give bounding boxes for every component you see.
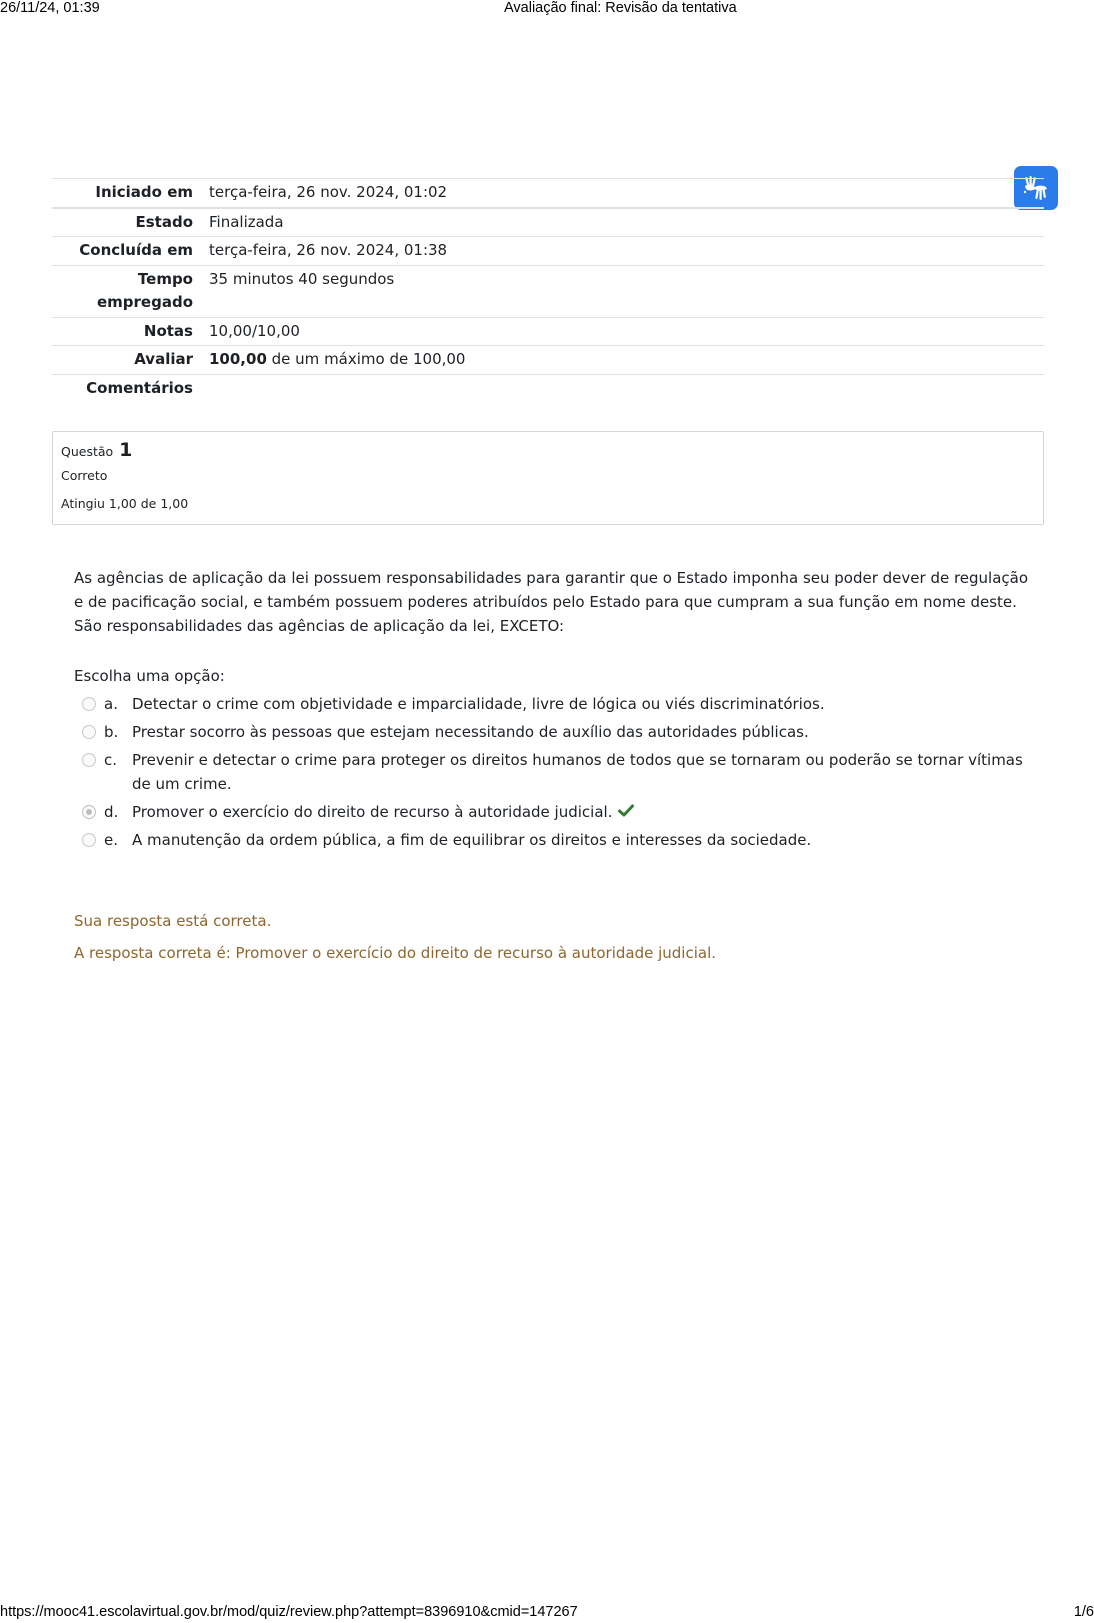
summary-label: Notas <box>52 317 209 346</box>
answer-feedback: Sua resposta está correta. A resposta co… <box>74 909 716 965</box>
grade-value: 100,00 <box>209 350 267 368</box>
answer-prompt: Escolha uma opção: <box>74 664 225 688</box>
summary-label: Concluída em <box>52 237 209 266</box>
summary-label: Estado <box>52 208 209 237</box>
answer-option-d[interactable]: d. Promover o exercício do direito de re… <box>82 800 1042 824</box>
correct-check-icon <box>618 800 634 824</box>
question-text-body: As agências de aplicação da lei possuem … <box>74 566 1034 614</box>
print-header: 26/11/24, 01:39 Avaliação final: Revisão… <box>0 0 1094 18</box>
question-text-instruction: São responsabilidades das agências de ap… <box>74 614 1034 638</box>
option-text: Promover o exercício do direito de recur… <box>132 803 612 821</box>
summary-label: Comentários <box>52 374 209 406</box>
answer-option-a[interactable]: a. Detectar o crime com objetividade e i… <box>82 692 1042 716</box>
answer-option-c[interactable]: c. Prevenir e detectar o crime para prot… <box>82 748 1042 796</box>
question-text: As agências de aplicação da lei possuem … <box>74 566 1034 638</box>
summary-label: Avaliar <box>52 346 209 375</box>
question-number: Questão 1 <box>61 440 1035 462</box>
summary-row-comments: Comentários <box>52 374 1044 406</box>
option-text: Detectar o crime com objetividade e impa… <box>132 692 1042 716</box>
summary-value: 10,00/10,00 <box>209 317 1044 346</box>
option-letter: e. <box>104 828 132 852</box>
radio-button[interactable] <box>82 833 96 847</box>
print-page-number: 1/6 <box>1074 1604 1094 1620</box>
question-number-value: 1 <box>119 439 132 461</box>
summary-value: terça-feira, 26 nov. 2024, 01:38 <box>209 237 1044 266</box>
question-grade: Atingiu 1,00 de 1,00 <box>61 496 1035 512</box>
option-letter: c. <box>104 748 132 772</box>
radio-button-selected[interactable] <box>82 805 96 819</box>
summary-value: 100,00 de um máximo de 100,00 <box>209 346 1044 375</box>
summary-row-time-taken: Tempo empregado 35 minutos 40 segundos <box>52 265 1044 317</box>
question-info-box: Questão 1 Correto Atingiu 1,00 de 1,00 <box>52 431 1044 525</box>
answer-option-b[interactable]: b. Prestar socorro às pessoas que esteja… <box>82 720 1042 744</box>
print-datetime: 26/11/24, 01:39 <box>0 0 100 16</box>
summary-row-state: Estado Finalizada <box>52 208 1044 237</box>
summary-value <box>209 374 1044 406</box>
option-letter: a. <box>104 692 132 716</box>
summary-row-completed: Concluída em terça-feira, 26 nov. 2024, … <box>52 237 1044 266</box>
radio-button[interactable] <box>82 697 96 711</box>
radio-button[interactable] <box>82 753 96 767</box>
radio-button[interactable] <box>82 725 96 739</box>
summary-row-grade: Avaliar 100,00 de um máximo de 100,00 <box>52 346 1044 375</box>
print-page-title: Avaliação final: Revisão da tentativa <box>504 0 737 16</box>
summary-label: Tempo empregado <box>52 265 209 317</box>
feedback-right-answer: A resposta correta é: Promover o exercíc… <box>74 941 716 965</box>
option-letter: b. <box>104 720 132 744</box>
attempt-summary-table: Iniciado em terça-feira, 26 nov. 2024, 0… <box>52 178 1044 406</box>
summary-row-started: Iniciado em terça-feira, 26 nov. 2024, 0… <box>52 179 1044 208</box>
summary-label: Iniciado em <box>52 179 209 208</box>
option-letter: d. <box>104 800 132 824</box>
summary-value: terça-feira, 26 nov. 2024, 01:02 <box>209 179 1044 208</box>
summary-value: 35 minutos 40 segundos <box>209 265 1044 317</box>
summary-value: Finalizada <box>209 208 1044 237</box>
summary-row-marks: Notas 10,00/10,00 <box>52 317 1044 346</box>
question-state: Correto <box>61 468 1035 484</box>
answer-options: a. Detectar o crime com objetividade e i… <box>82 692 1042 856</box>
print-url: https://mooc41.escolavirtual.gov.br/mod/… <box>0 1604 578 1620</box>
option-text: Prevenir e detectar o crime para protege… <box>132 748 1042 796</box>
feedback-status: Sua resposta está correta. <box>74 909 716 933</box>
answer-option-e[interactable]: e. A manutenção da ordem pública, a fim … <box>82 828 1042 852</box>
grade-max: de um máximo de 100,00 <box>267 350 466 368</box>
option-text: A manutenção da ordem pública, a fim de … <box>132 828 1042 852</box>
option-text: Prestar socorro às pessoas que estejam n… <box>132 720 1042 744</box>
